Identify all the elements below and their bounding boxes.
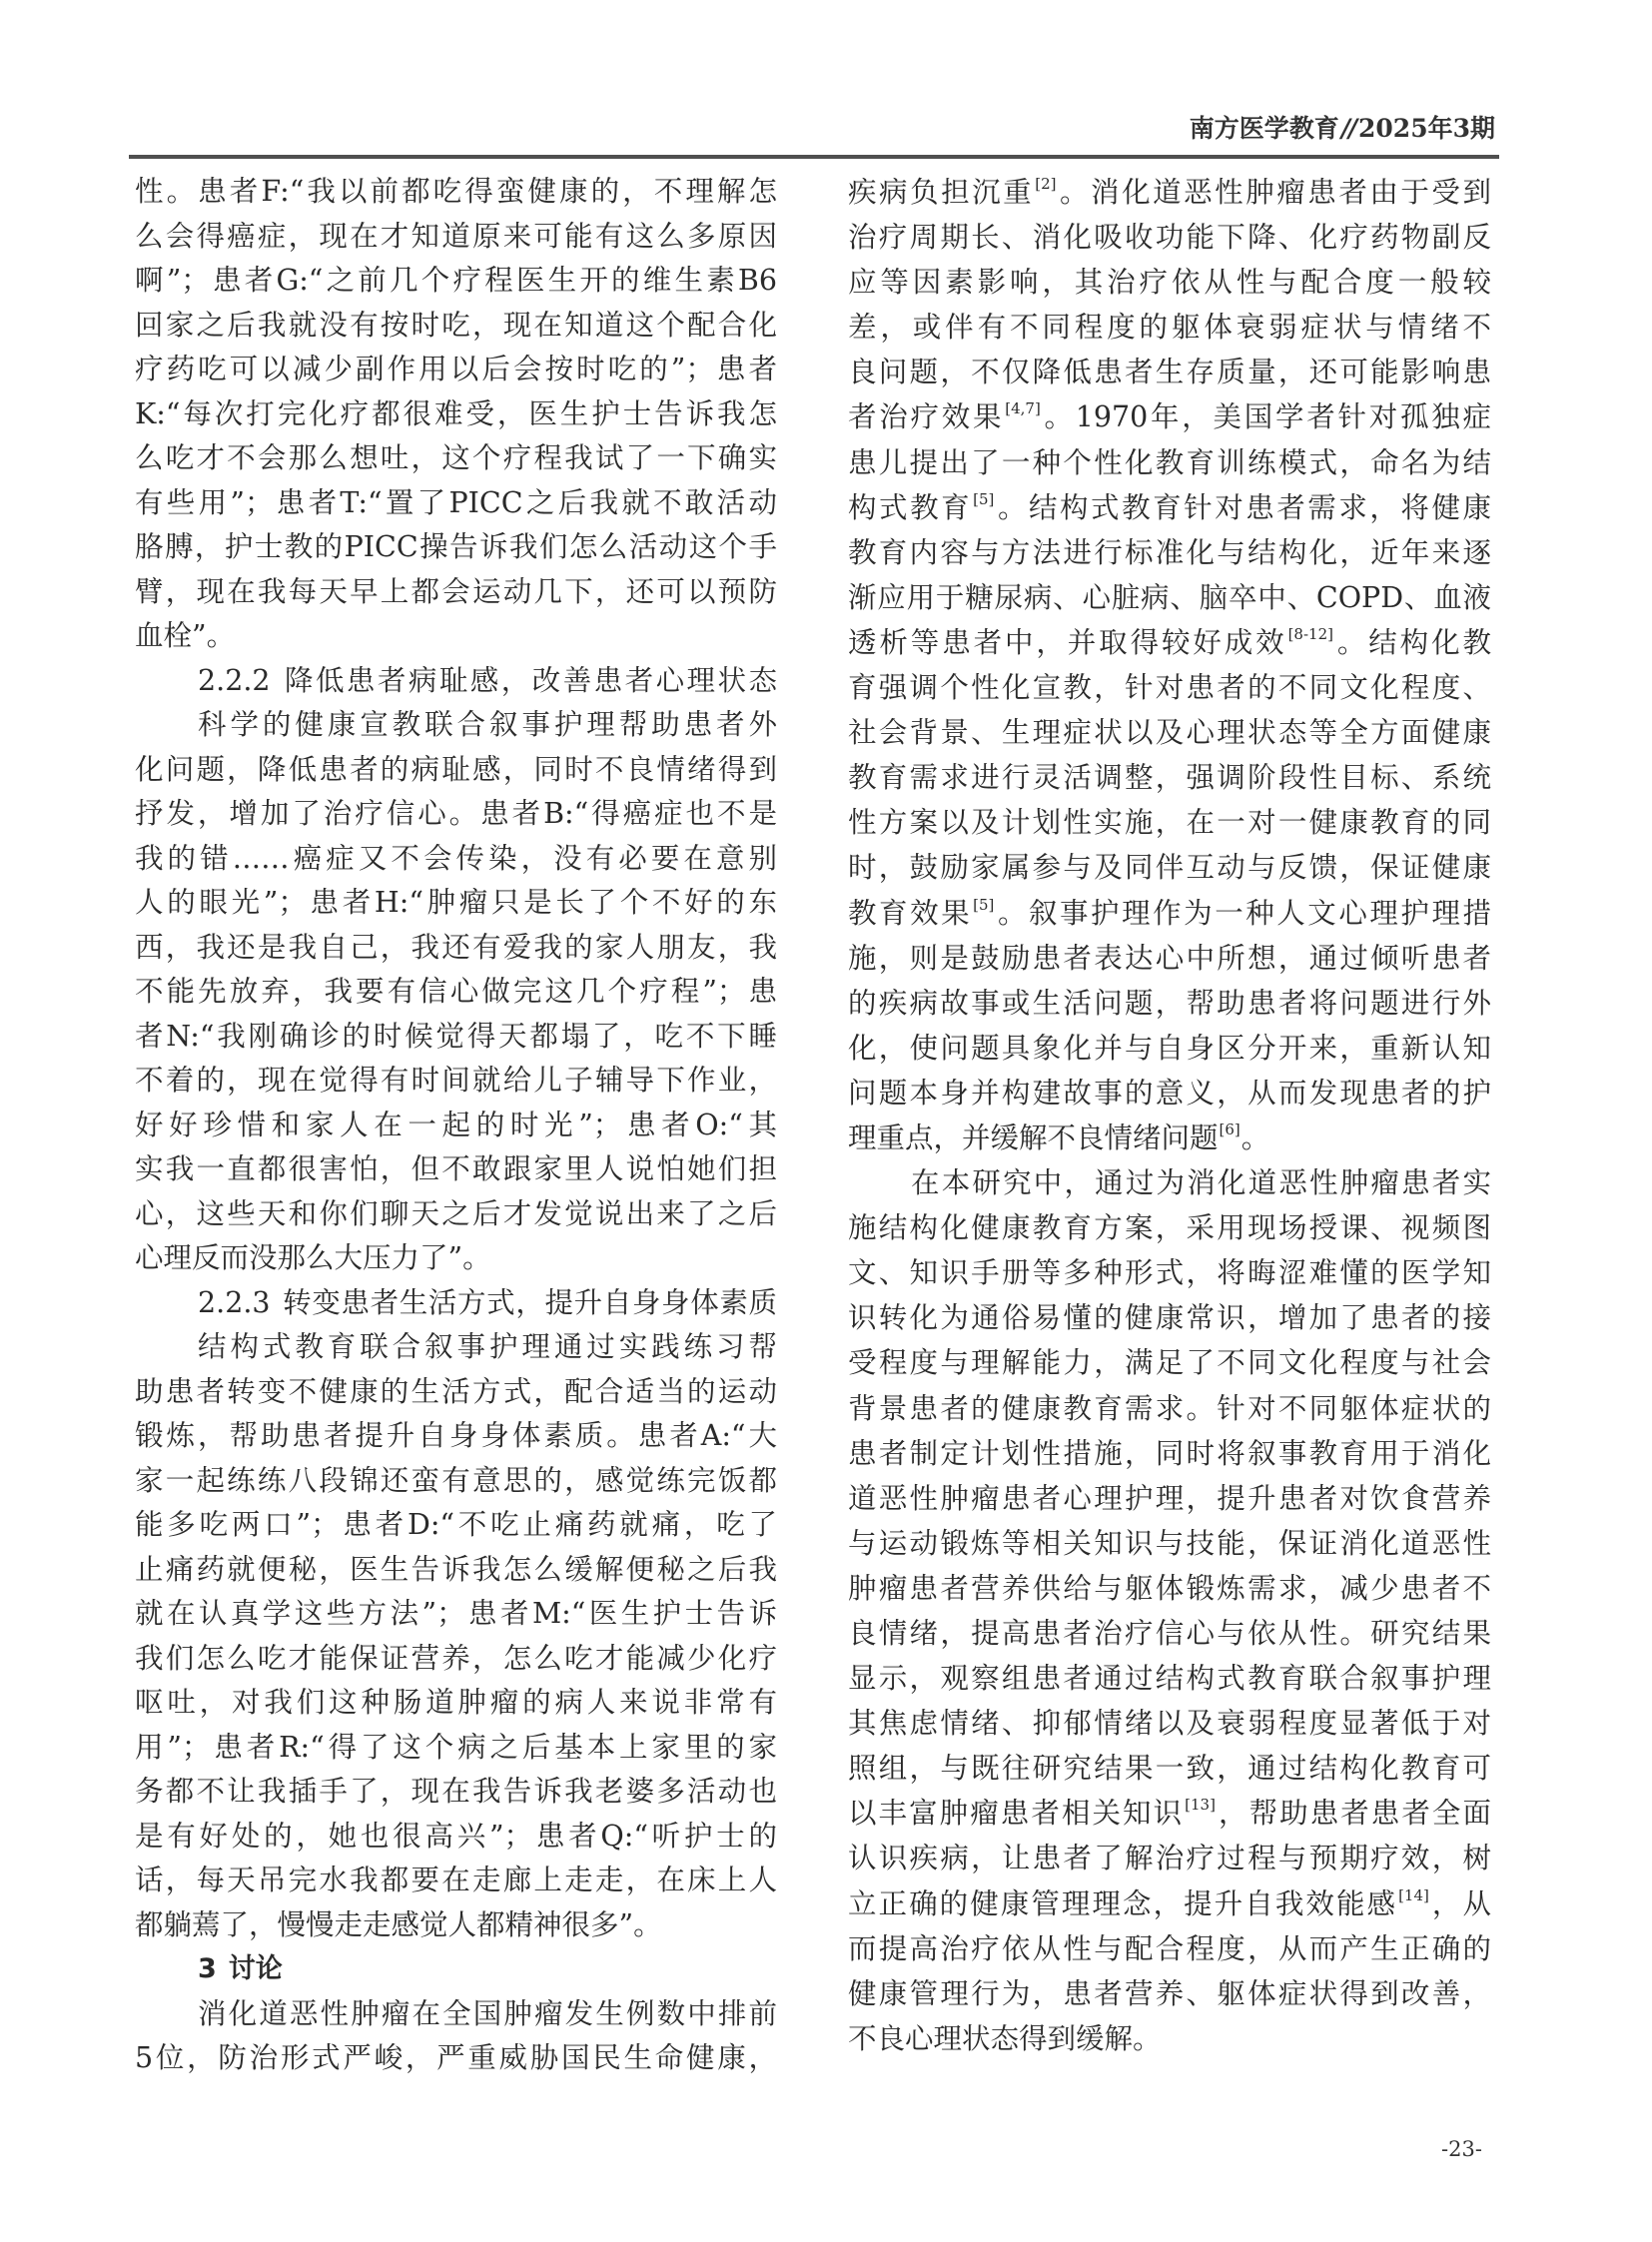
citation: [6] <box>1220 1121 1240 1138</box>
text-line: 锻炼，帮助患者提升自身身体素质。患者A:“大 <box>135 1414 777 1459</box>
text-segment: 者治疗效果 <box>848 400 1004 433</box>
text-line: 疗药吃可以减少副作用以后会按时吃的”；患者 <box>135 348 777 392</box>
text-line: 理重点，并缓解不良情绪问题[6]。 <box>848 1116 1491 1160</box>
citation: [5] <box>973 896 994 914</box>
text-line: 抒发，增加了治疗信心。患者B:“得癌症也不是 <box>135 792 777 837</box>
text-segment: 。结构化教 <box>1334 626 1491 659</box>
text-segment: 以丰富肿瘤患者相关知识 <box>848 1797 1184 1830</box>
text-line: 家一起练练八段锦还蛮有意思的，感觉练完饭都 <box>135 1459 777 1504</box>
text-line: 肿瘤患者营养供给与躯体锻炼需求，减少患者不 <box>848 1566 1491 1611</box>
text-segment: 。1970年，美国学者针对孤独症 <box>1042 400 1491 433</box>
text-line: 认识疾病，让患者了解治疗过程与预期疗效，树 <box>848 1836 1491 1880</box>
text-line: 者N:“我刚确诊的时候觉得天都塌了，吃不下睡 <box>135 1015 777 1060</box>
text-line: 科学的健康宣教联合叙事护理帮助患者外 <box>135 703 777 748</box>
issue-label: 2025年3期 <box>1358 114 1495 143</box>
text-line: 时，鼓励家属参与及同伴互动与反馈，保证健康 <box>848 845 1491 890</box>
paragraph: 科学的健康宣教联合叙事护理帮助患者外 化问题，降低患者的病耻感，同时不良情绪得到… <box>135 703 777 1281</box>
paragraph: 结构式教育联合叙事护理通过实践练习帮 助患者转变不健康的生活方式，配合适当的运动… <box>135 1325 777 1947</box>
text-line: 良情绪，提高患者治疗信心与依从性。研究结果 <box>848 1611 1491 1656</box>
text-line: 结构式教育联合叙事护理通过实践练习帮 <box>135 1325 777 1370</box>
text-line: 能多吃两口”；患者D:“不吃止痛药就痛，吃了 <box>135 1503 777 1548</box>
text-line: 疾病负担沉重[2]。消化道恶性肿瘤患者由于受到 <box>848 170 1491 215</box>
text-line: 啊”；患者G:“之前几个疗程医生开的维生素B6 <box>135 259 777 304</box>
text-line: 照组，与既往研究结果一致，通过结构化教育可 <box>848 1746 1491 1791</box>
citation: [5] <box>973 490 994 508</box>
text-line: 不着的，现在觉得有时间就给儿子辅导下作业， <box>135 1059 777 1104</box>
section-heading-3: 3讨论 <box>135 1947 777 1992</box>
text-segment: 理重点，并缓解不良情绪问题 <box>848 1121 1219 1154</box>
text-line: 治疗周期长、消化吸收功能下降、化疗药物副反 <box>848 215 1491 260</box>
section-heading-2-2-3: 2.2.3转变患者生活方式，提升自身身体素质 <box>135 1281 777 1326</box>
text-line: 有些用”；患者T:“置了PICC之后我就不敢活动 <box>135 481 777 526</box>
text-line: 文、知识手册等多种形式，将晦涩难懂的医学知 <box>848 1250 1491 1295</box>
section-number: 2.2.3 <box>198 1286 271 1319</box>
text-line: 5位，防治形式严峻，严重威胁国民生命健康， <box>135 2036 777 2081</box>
text-segment: 。消化道恶性肿瘤患者由于受到 <box>1057 176 1491 209</box>
text-line: 道恶性肿瘤患者心理护理，提升患者对饮食营养 <box>848 1476 1491 1521</box>
section-title: 讨论 <box>229 1953 283 1984</box>
text-line: 应等因素影响，其治疗依从性与配合度一般较 <box>848 260 1491 305</box>
text-line: 施结构化健康教育方案，采用现场授课、视频图 <box>848 1205 1491 1250</box>
text-segment: 。 <box>1241 1121 1270 1154</box>
text-line: 心，这些天和你们聊天之后才发觉说出来了之后 <box>135 1192 777 1237</box>
text-line: 教育效果[5]。叙事护理作为一种人文心理护理措 <box>848 891 1491 936</box>
text-line: 以丰富肿瘤患者相关知识[13]，帮助患者患者全面 <box>848 1791 1491 1836</box>
text-line: 好好珍惜和家人在一起的时光”；患者O:“其 <box>135 1104 777 1148</box>
text-line: 务都不让我插手了，现在我告诉我老婆多活动也 <box>135 1770 777 1815</box>
text-line: 与运动锻炼等相关知识与技能，保证消化道恶性 <box>848 1521 1491 1566</box>
text-line: 其焦虑情绪、抑郁情绪以及衰弱程度显著低于对 <box>848 1701 1491 1746</box>
text-segment: 。叙事护理作为一种人文心理护理措 <box>995 897 1491 930</box>
text-line: 而提高治疗依从性与配合程度，从而产生正确的 <box>848 1926 1491 1971</box>
text-segment: 疾病负担沉重 <box>848 176 1034 209</box>
page-number: -23- <box>1441 2136 1482 2162</box>
text-line: 助患者转变不健康的生活方式，配合适当的运动 <box>135 1370 777 1415</box>
text-line: 透析等患者中，并取得较好成效[8-12]。结构化教 <box>848 620 1491 665</box>
text-line: 话，每天吊完水我都要在走廊上走走，在床上人 <box>135 1859 777 1903</box>
text-line: 我的错……癌症又不会传染，没有必要在意别 <box>135 837 777 882</box>
section-number: 3 <box>198 1953 217 1984</box>
text-line: 化，使问题具象化并与自身区分开来，重新认知 <box>848 1026 1491 1071</box>
text-line: 止痛药就便秘，医生告诉我怎么缓解便秘之后我 <box>135 1548 777 1593</box>
header-separator: // <box>1341 114 1355 143</box>
text-line: 我们怎么吃才能保证营养，怎么吃才能减少化疗 <box>135 1637 777 1682</box>
text-line: 在本研究中，通过为消化道恶性肿瘤患者实 <box>848 1160 1491 1205</box>
citation: [14] <box>1398 1886 1429 1904</box>
text-line: 健康管理行为，患者营养、躯体症状得到改善， <box>848 1971 1491 2016</box>
text-segment: 。结构式教育针对患者需求，将健康 <box>995 491 1491 524</box>
text-segment: 教育效果 <box>848 897 972 930</box>
text-line: 渐应用于糖尿病、心脏病、脑卒中、COPD、血液 <box>848 575 1491 620</box>
text-line: 背景患者的健康教育需求。针对不同躯体症状的 <box>848 1386 1491 1431</box>
text-line: 受程度与理解能力，满足了不同文化程度与社会 <box>848 1340 1491 1385</box>
text-line: 性。患者F:“我以前都吃得蛮健康的，不理解怎 <box>135 170 777 215</box>
text-segment: 透析等患者中，并取得较好成效 <box>848 626 1287 659</box>
text-line: 血栓”。 <box>135 614 777 659</box>
paragraph: 在本研究中，通过为消化道恶性肿瘤患者实 施结构化健康教育方案，采用现场授课、视频… <box>848 1160 1491 2061</box>
text-line: 者治疗效果[4,7]。1970年，美国学者针对孤独症 <box>848 394 1491 439</box>
text-segment: ，帮助患者患者全面 <box>1217 1797 1491 1830</box>
text-line: 么吃才不会那么想吐，这个疗程我试了一下确实 <box>135 436 777 481</box>
text-line: 是有好处的，她也很高兴”；患者Q:“听护士的 <box>135 1815 777 1860</box>
text-line: 回家之后我就没有按时吃，现在知道这个配合化 <box>135 304 777 349</box>
text-line: 实我一直都很害怕，但不敢跟家里人说怕她们担 <box>135 1147 777 1192</box>
text-segment: 立正确的健康管理理念，提升自我效能感 <box>848 1887 1397 1920</box>
text-line: 良问题，不仅降低患者生存质量，还可能影响患 <box>848 350 1491 394</box>
citation: [4,7] <box>1005 399 1041 417</box>
text-line: 臂，现在我每天早上都会运动几下，还可以预防 <box>135 570 777 615</box>
text-segment: ，从 <box>1430 1887 1491 1920</box>
text-line: 不良心理状态得到缓解。 <box>848 2016 1491 2061</box>
paragraph: 疾病负担沉重[2]。消化道恶性肿瘤患者由于受到 治疗周期长、消化吸收功能下降、化… <box>848 170 1491 1160</box>
journal-name: 南方医学教育 <box>1190 114 1339 143</box>
text-line: 性方案以及计划性实施，在一对一健康教育的同 <box>848 800 1491 845</box>
section-title: 降低患者病耻感，改善患者心理状态 <box>283 664 777 697</box>
text-line: 立正确的健康管理理念，提升自我效能感[14]，从 <box>848 1881 1491 1926</box>
text-line: 教育内容与方法进行标准化与结构化，近年来逐 <box>848 530 1491 575</box>
text-line: 施，则是鼓励患者表达心中所想，通过倾听患者 <box>848 936 1491 981</box>
text-line: 构式教育[5]。结构式教育针对患者需求，将健康 <box>848 485 1491 530</box>
text-line: 育强调个性化宣教，针对患者的不同文化程度、 <box>848 665 1491 710</box>
text-line: 的疾病故事或生活问题，帮助患者将问题进行外 <box>848 981 1491 1026</box>
text-line: 患儿提出了一种个性化教育训练模式，命名为结 <box>848 440 1491 485</box>
left-column: 性。患者F:“我以前都吃得蛮健康的，不理解怎 么会得癌症，现在才知道原来可能有这… <box>135 170 777 2081</box>
text-line: 西，我还是我自己，我还有爱我的家人朋友，我 <box>135 926 777 971</box>
text-line: 不能先放弃，我要有信心做完这几个疗程”；患 <box>135 970 777 1015</box>
paragraph: 性。患者F:“我以前都吃得蛮健康的，不理解怎 么会得癌症，现在才知道原来可能有这… <box>135 170 777 659</box>
text-line: 呕吐，对我们这种肠道肿瘤的病人来说非常有 <box>135 1681 777 1726</box>
section-title: 转变患者生活方式，提升自身身体素质 <box>283 1286 777 1319</box>
text-line: 用”；患者R:“得了这个病之后基本上家里的家 <box>135 1726 777 1771</box>
citation: [8-12] <box>1288 625 1333 643</box>
text-line: 人的眼光”；患者H:“肿瘤只是长了个不好的东 <box>135 881 777 926</box>
citation: [13] <box>1185 1796 1216 1814</box>
text-line: 消化道恶性肿瘤在全国肿瘤发生例数中排前 <box>135 1992 777 2037</box>
text-line: 教育需求进行灵活调整，强调阶段性目标、系统 <box>848 755 1491 800</box>
text-line: 患者制定计划性措施，同时将叙事教育用于消化 <box>848 1431 1491 1476</box>
text-line: 化问题，降低患者的病耻感，同时不良情绪得到 <box>135 748 777 793</box>
text-line: 社会背景、生理症状以及心理状态等全方面健康 <box>848 710 1491 755</box>
section-heading-2-2-2: 2.2.2降低患者病耻感，改善患者心理状态 <box>135 659 777 704</box>
citation: [2] <box>1035 175 1056 193</box>
text-line: 么会得癌症，现在才知道原来可能有这么多原因 <box>135 215 777 260</box>
text-line: 心理反而没那么大压力了”。 <box>135 1236 777 1281</box>
paragraph: 消化道恶性肿瘤在全国肿瘤发生例数中排前 5位，防治形式严峻，严重威胁国民生命健康… <box>135 1992 777 2081</box>
text-line: 识转化为通俗易懂的健康常识，增加了患者的接 <box>848 1295 1491 1340</box>
section-number: 2.2.2 <box>198 664 271 697</box>
text-line: 都躺蔫了，慢慢走走感觉人都精神很多”。 <box>135 1903 777 1948</box>
header-rule <box>129 155 1499 159</box>
text-line: 问题本身并构建故事的意义，从而发现患者的护 <box>848 1071 1491 1116</box>
running-header: 南方医学教育//2025年3期 <box>1190 114 1495 144</box>
text-line: 胳膊，护士教的PICC操告诉我们怎么活动这个手 <box>135 525 777 570</box>
right-column: 疾病负担沉重[2]。消化道恶性肿瘤患者由于受到 治疗周期长、消化吸收功能下降、化… <box>848 170 1491 2061</box>
text-line: K:“每次打完化疗都很难受，医生护士告诉我怎 <box>135 392 777 437</box>
text-line: 显示，观察组患者通过结构式教育联合叙事护理 <box>848 1656 1491 1701</box>
text-segment: 构式教育 <box>848 491 972 524</box>
text-line: 差，或伴有不同程度的躯体衰弱症状与情绪不 <box>848 305 1491 350</box>
text-line: 就在认真学这些方法”；患者M:“医生护士告诉 <box>135 1592 777 1637</box>
